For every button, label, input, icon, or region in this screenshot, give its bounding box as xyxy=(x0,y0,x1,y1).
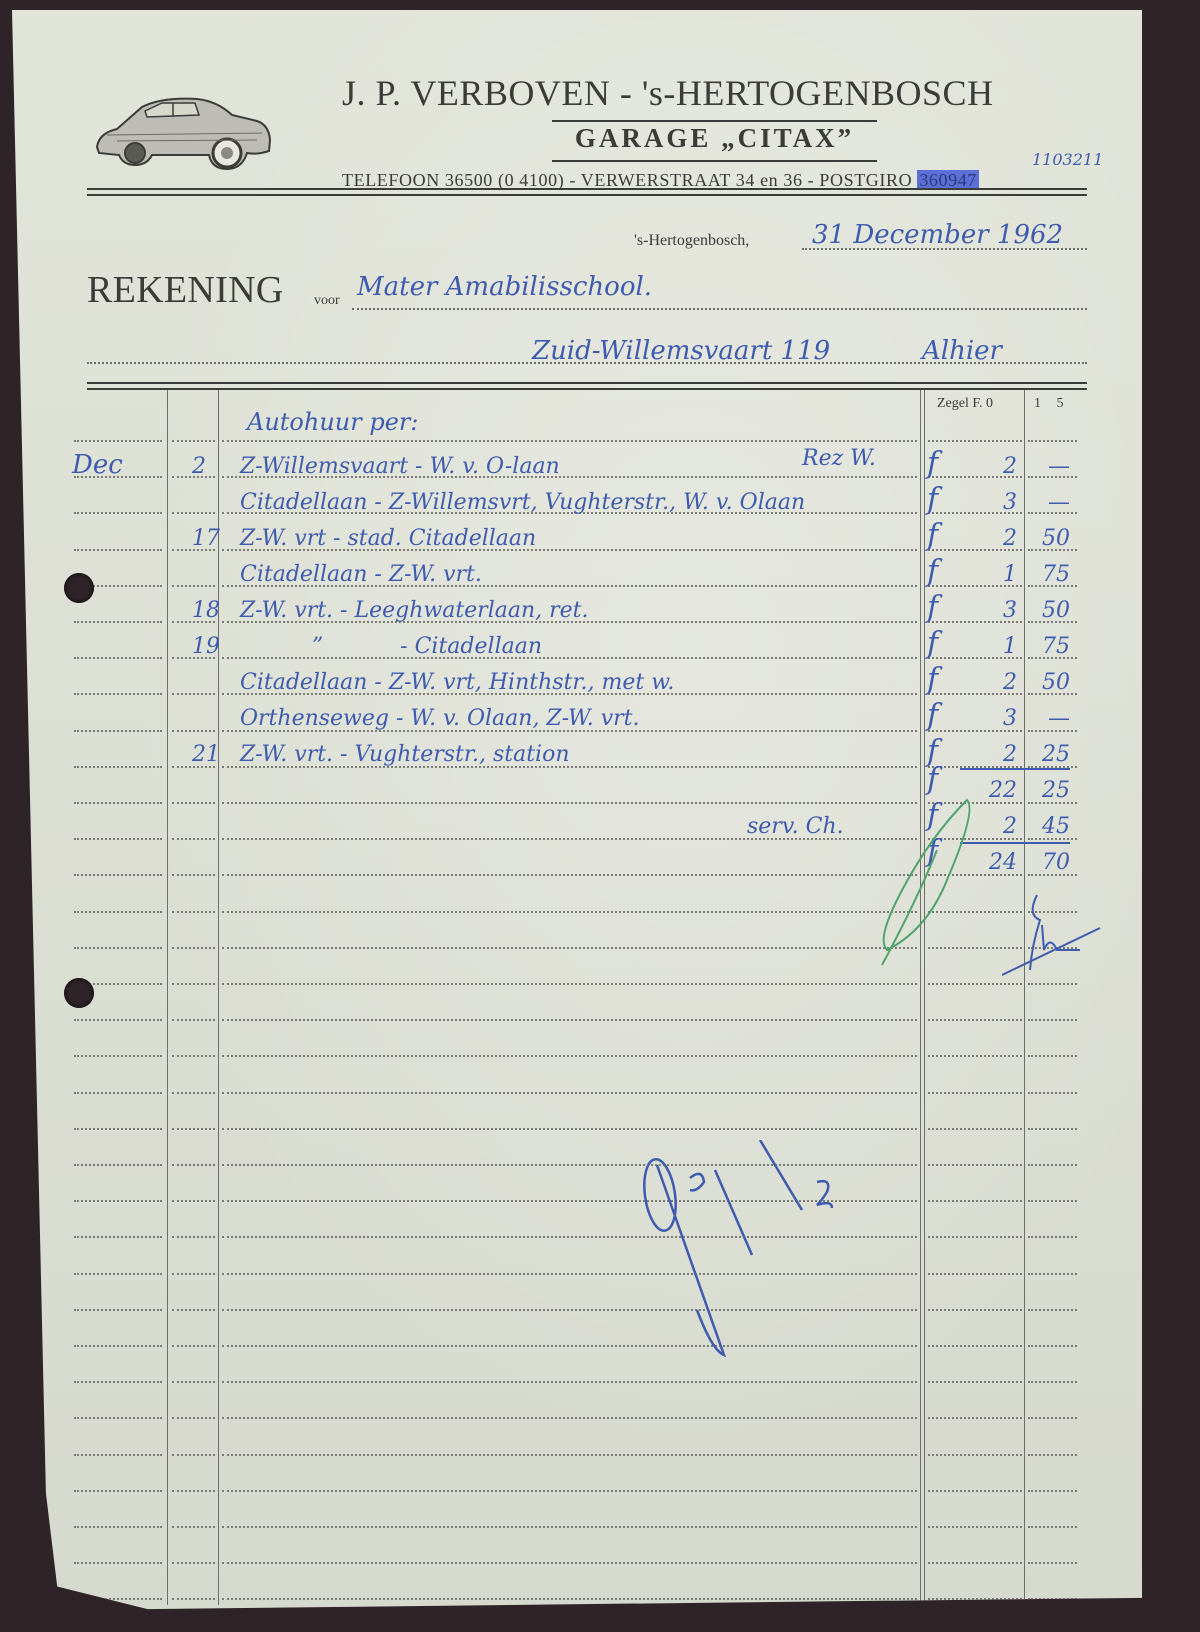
ruled-line xyxy=(928,983,1022,985)
column-divider xyxy=(1024,390,1025,1605)
rental-heading: Autohuur per: xyxy=(247,408,418,436)
row-cents: 25 xyxy=(1030,742,1070,767)
ruled-line xyxy=(74,730,162,732)
ruled-line xyxy=(172,693,215,695)
column-divider xyxy=(920,390,921,1605)
green-check-mark-icon xyxy=(867,790,977,970)
recipient-city: Alhier xyxy=(922,336,1002,366)
ruled-line xyxy=(74,1562,162,1564)
ruled-line xyxy=(74,947,162,949)
row-cents: 50 xyxy=(1030,670,1070,695)
ruled-line xyxy=(74,1128,162,1130)
ruled-line xyxy=(172,1236,215,1238)
ruled-line xyxy=(172,1345,215,1347)
ruled-line xyxy=(1028,1454,1077,1456)
ruled-line xyxy=(74,1417,162,1419)
ruled-line xyxy=(172,1490,215,1492)
ruled-line xyxy=(74,1273,162,1275)
invoice-date: 31 December 1962 xyxy=(812,220,1063,250)
punch-hole xyxy=(64,978,94,1008)
ruled-line xyxy=(928,1055,1022,1057)
ruled-line xyxy=(928,1345,1022,1347)
ruled-line xyxy=(172,1526,215,1528)
ruled-line xyxy=(1028,1055,1077,1057)
ruled-line xyxy=(74,549,162,551)
ruled-line xyxy=(172,1381,215,1383)
header-rule xyxy=(87,194,1087,196)
ruled-line xyxy=(74,802,162,804)
ruled-line xyxy=(1028,1526,1077,1528)
guilder-icon: f xyxy=(927,554,938,589)
ruled-line xyxy=(222,1454,917,1456)
telephone-label: TELEFOON xyxy=(342,170,440,190)
ruled-line xyxy=(172,1019,215,1021)
place-label: 's-Hertogenbosch, xyxy=(634,232,749,250)
column-divider xyxy=(167,390,168,1605)
ruled-line xyxy=(74,657,162,659)
guilder-icon: f xyxy=(927,446,938,481)
column-divider xyxy=(218,390,219,1605)
guilder-icon: f xyxy=(927,698,938,733)
sum-underline xyxy=(960,768,1070,770)
guilder-icon: f xyxy=(927,662,938,697)
row-description: Citadellaan - Z-W. vrt, Hinthstr., met w… xyxy=(240,670,674,695)
stamp-header: Zegel F. 0 xyxy=(937,396,993,412)
ruled-line xyxy=(172,874,215,876)
punch-hole xyxy=(64,573,94,603)
ruled-line xyxy=(172,1454,215,1456)
row-day: 18 xyxy=(192,598,220,623)
row-guilders: 2 xyxy=(972,742,1017,767)
ruled-line xyxy=(222,1092,917,1094)
row-cents: — xyxy=(1030,706,1070,731)
ruled-line xyxy=(928,1164,1022,1166)
ruled-line xyxy=(928,1128,1022,1130)
service-charge-label: serv. Ch. xyxy=(747,814,844,839)
row-description: ” - Citadellaan xyxy=(312,634,542,659)
row-day: 17 xyxy=(192,526,220,551)
ruled-line xyxy=(172,838,215,840)
postgiro-old-number: 360947 xyxy=(917,170,979,190)
stamp-header-cents: 1 5 xyxy=(1034,396,1070,412)
ruled-line xyxy=(222,911,917,913)
ruled-line xyxy=(1028,1309,1077,1311)
ruled-line xyxy=(1028,1019,1077,1021)
ruled-line xyxy=(74,911,162,913)
ruled-line xyxy=(1028,1345,1077,1347)
ruled-line xyxy=(222,1598,917,1600)
row-guilders: 2 xyxy=(972,670,1017,695)
ruled-line xyxy=(74,440,162,442)
column-divider xyxy=(924,390,925,1605)
ruled-line xyxy=(928,1381,1022,1383)
guilder-icon: f xyxy=(927,482,938,517)
row-cents: — xyxy=(1030,490,1070,515)
ruled-line xyxy=(928,1598,1022,1600)
guilder-icon: f xyxy=(927,626,938,661)
row-note: Rez W. xyxy=(802,446,876,471)
ruled-line xyxy=(74,1019,162,1021)
ruled-line xyxy=(222,1417,917,1419)
ruled-line xyxy=(172,585,215,587)
row-description: Z-W. vrt. - Vughterstr., station xyxy=(240,742,570,767)
row-description: Z-W. vrt. - Leeghwaterlaan, ret. xyxy=(240,598,589,623)
ruled-line xyxy=(172,911,215,913)
ruled-line xyxy=(1028,1164,1077,1166)
ruled-line xyxy=(172,512,215,514)
ruled-line xyxy=(172,1128,215,1130)
ruled-line xyxy=(74,1164,162,1166)
row-cents: 75 xyxy=(1030,634,1070,659)
ruled-line xyxy=(172,1092,215,1094)
ruled-line xyxy=(172,1164,215,1166)
ruled-line xyxy=(222,874,917,876)
ruled-line xyxy=(172,1417,215,1419)
ruled-line xyxy=(74,1345,162,1347)
ruled-line xyxy=(1028,1092,1077,1094)
row-guilders: 3 xyxy=(972,706,1017,731)
ruled-line xyxy=(172,1598,215,1600)
ruled-line xyxy=(74,1092,162,1094)
total-cents: 70 xyxy=(1030,850,1070,875)
postgiro-label: POSTGIRO xyxy=(819,170,912,190)
ruled-line xyxy=(74,621,162,623)
ruled-line xyxy=(928,440,1022,442)
ruled-line xyxy=(74,1055,162,1057)
row-guilders: 2 xyxy=(972,526,1017,551)
row-guilders: 1 xyxy=(972,562,1017,587)
row-guilders: 3 xyxy=(972,598,1017,623)
ruled-line xyxy=(74,838,162,840)
ruled-line xyxy=(74,1526,162,1528)
ruled-line xyxy=(74,1381,162,1383)
ruled-line xyxy=(222,802,917,804)
company-name: J. P. VERBOVEN - 's-HERTOGENBOSCH xyxy=(342,72,994,114)
ruled-line xyxy=(1028,1490,1077,1492)
service-cents: 45 xyxy=(1030,814,1070,839)
ruled-line xyxy=(222,983,917,985)
ruled-line xyxy=(1028,1598,1077,1600)
ruled-line xyxy=(222,1490,917,1492)
ruled-line xyxy=(74,1490,162,1492)
ruled-line xyxy=(74,512,162,514)
invoice-paper: J. P. VERBOVEN - 's-HERTOGENBOSCH GARAGE… xyxy=(12,10,1142,1622)
ruled-line xyxy=(928,1200,1022,1202)
invoice-title: REKENING xyxy=(87,268,284,312)
ruled-line xyxy=(928,1236,1022,1238)
guilder-icon: f xyxy=(927,518,938,553)
ruled-line xyxy=(928,1092,1022,1094)
table-top-rule xyxy=(87,388,1087,390)
ruled-line xyxy=(172,1273,215,1275)
ruled-line xyxy=(172,947,215,949)
ruled-line xyxy=(928,1562,1022,1564)
ruled-line xyxy=(172,1055,215,1057)
ruled-line xyxy=(1028,1562,1077,1564)
telephone-number: 36500 (0 4100) xyxy=(445,170,564,190)
guilder-icon: f xyxy=(927,590,938,625)
divider xyxy=(552,120,877,122)
ruled-line xyxy=(222,947,917,949)
ruled-line xyxy=(1028,1200,1077,1202)
ruled-line xyxy=(172,440,215,442)
row-guilders: 3 xyxy=(972,490,1017,515)
ruled-line xyxy=(222,1019,917,1021)
recipient-address: Zuid-Willemsvaart 119 xyxy=(532,336,830,366)
row-description: Citadellaan - Z-W. vrt. xyxy=(240,562,482,587)
divider xyxy=(552,160,877,162)
ruled-line xyxy=(1028,1236,1077,1238)
row-cents: 50 xyxy=(1030,598,1070,623)
row-day: 19 xyxy=(192,634,220,659)
row-day: 21 xyxy=(192,742,220,767)
ruled-line xyxy=(222,1381,917,1383)
ruled-line xyxy=(1028,440,1077,442)
month-label: Dec xyxy=(72,450,123,480)
recipient-line xyxy=(352,308,1087,310)
ruled-line xyxy=(74,1598,162,1600)
row-cents: 50 xyxy=(1030,526,1070,551)
ruled-line xyxy=(928,1417,1022,1419)
postgiro-new-number: 1103211 xyxy=(1032,150,1103,169)
ruled-line xyxy=(928,1019,1022,1021)
row-guilders: 2 xyxy=(972,454,1017,479)
ruled-line xyxy=(74,1454,162,1456)
row-guilders: 1 xyxy=(972,634,1017,659)
ruled-line xyxy=(222,440,917,442)
row-cents: 75 xyxy=(1030,562,1070,587)
ruled-line xyxy=(1028,1417,1077,1419)
ruled-line xyxy=(172,730,215,732)
ruled-line xyxy=(172,1200,215,1202)
table-top-rule xyxy=(87,382,1087,384)
initials-paraph-icon xyxy=(1002,890,1102,980)
ruled-line xyxy=(172,983,215,985)
ruled-line xyxy=(74,766,162,768)
ruled-line xyxy=(172,1562,215,1564)
ruled-line xyxy=(222,1526,917,1528)
ruled-line xyxy=(1028,983,1077,985)
subtotal-cents: 25 xyxy=(1030,778,1070,803)
street-address: VERWERSTRAAT 34 en 36 xyxy=(581,170,803,190)
row-description: Orthenseweg - W. v. Olaan, Z-W. vrt. xyxy=(240,706,639,731)
ruled-line xyxy=(1028,1381,1077,1383)
ruled-line xyxy=(172,802,215,804)
ruled-line xyxy=(74,1236,162,1238)
ruled-line xyxy=(172,1309,215,1311)
ruled-line xyxy=(928,1309,1022,1311)
garage-name: GARAGE „CITAX” xyxy=(552,123,877,154)
ruled-line xyxy=(74,693,162,695)
ruled-line xyxy=(74,1200,162,1202)
voor-label: voor xyxy=(314,293,340,309)
row-description: Z-Willemsvaart - W. v. O-laan xyxy=(240,454,560,479)
row-day: 2 xyxy=(192,454,206,479)
ruled-line xyxy=(222,1562,917,1564)
row-cents: — xyxy=(1030,454,1070,479)
recipient-name: Mater Amabilisschool. xyxy=(357,272,652,302)
row-description: Citadellaan - Z-Willemsvrt, Vughterstr.,… xyxy=(240,490,805,515)
ruled-line xyxy=(222,1128,917,1130)
ruled-line xyxy=(1028,1273,1077,1275)
header-rule xyxy=(87,188,1087,190)
ruled-line xyxy=(928,1490,1022,1492)
ruled-line xyxy=(1028,1128,1077,1130)
ruled-line xyxy=(928,1273,1022,1275)
row-description: Z-W. vrt - stad. Citadellaan xyxy=(240,526,536,551)
ruled-line xyxy=(74,874,162,876)
ruled-line xyxy=(74,1309,162,1311)
vintage-car-icon xyxy=(87,85,277,175)
paid-date-note-icon xyxy=(642,1140,842,1360)
ruled-line xyxy=(928,1454,1022,1456)
ruled-line xyxy=(222,1055,917,1057)
ruled-line xyxy=(928,1526,1022,1528)
